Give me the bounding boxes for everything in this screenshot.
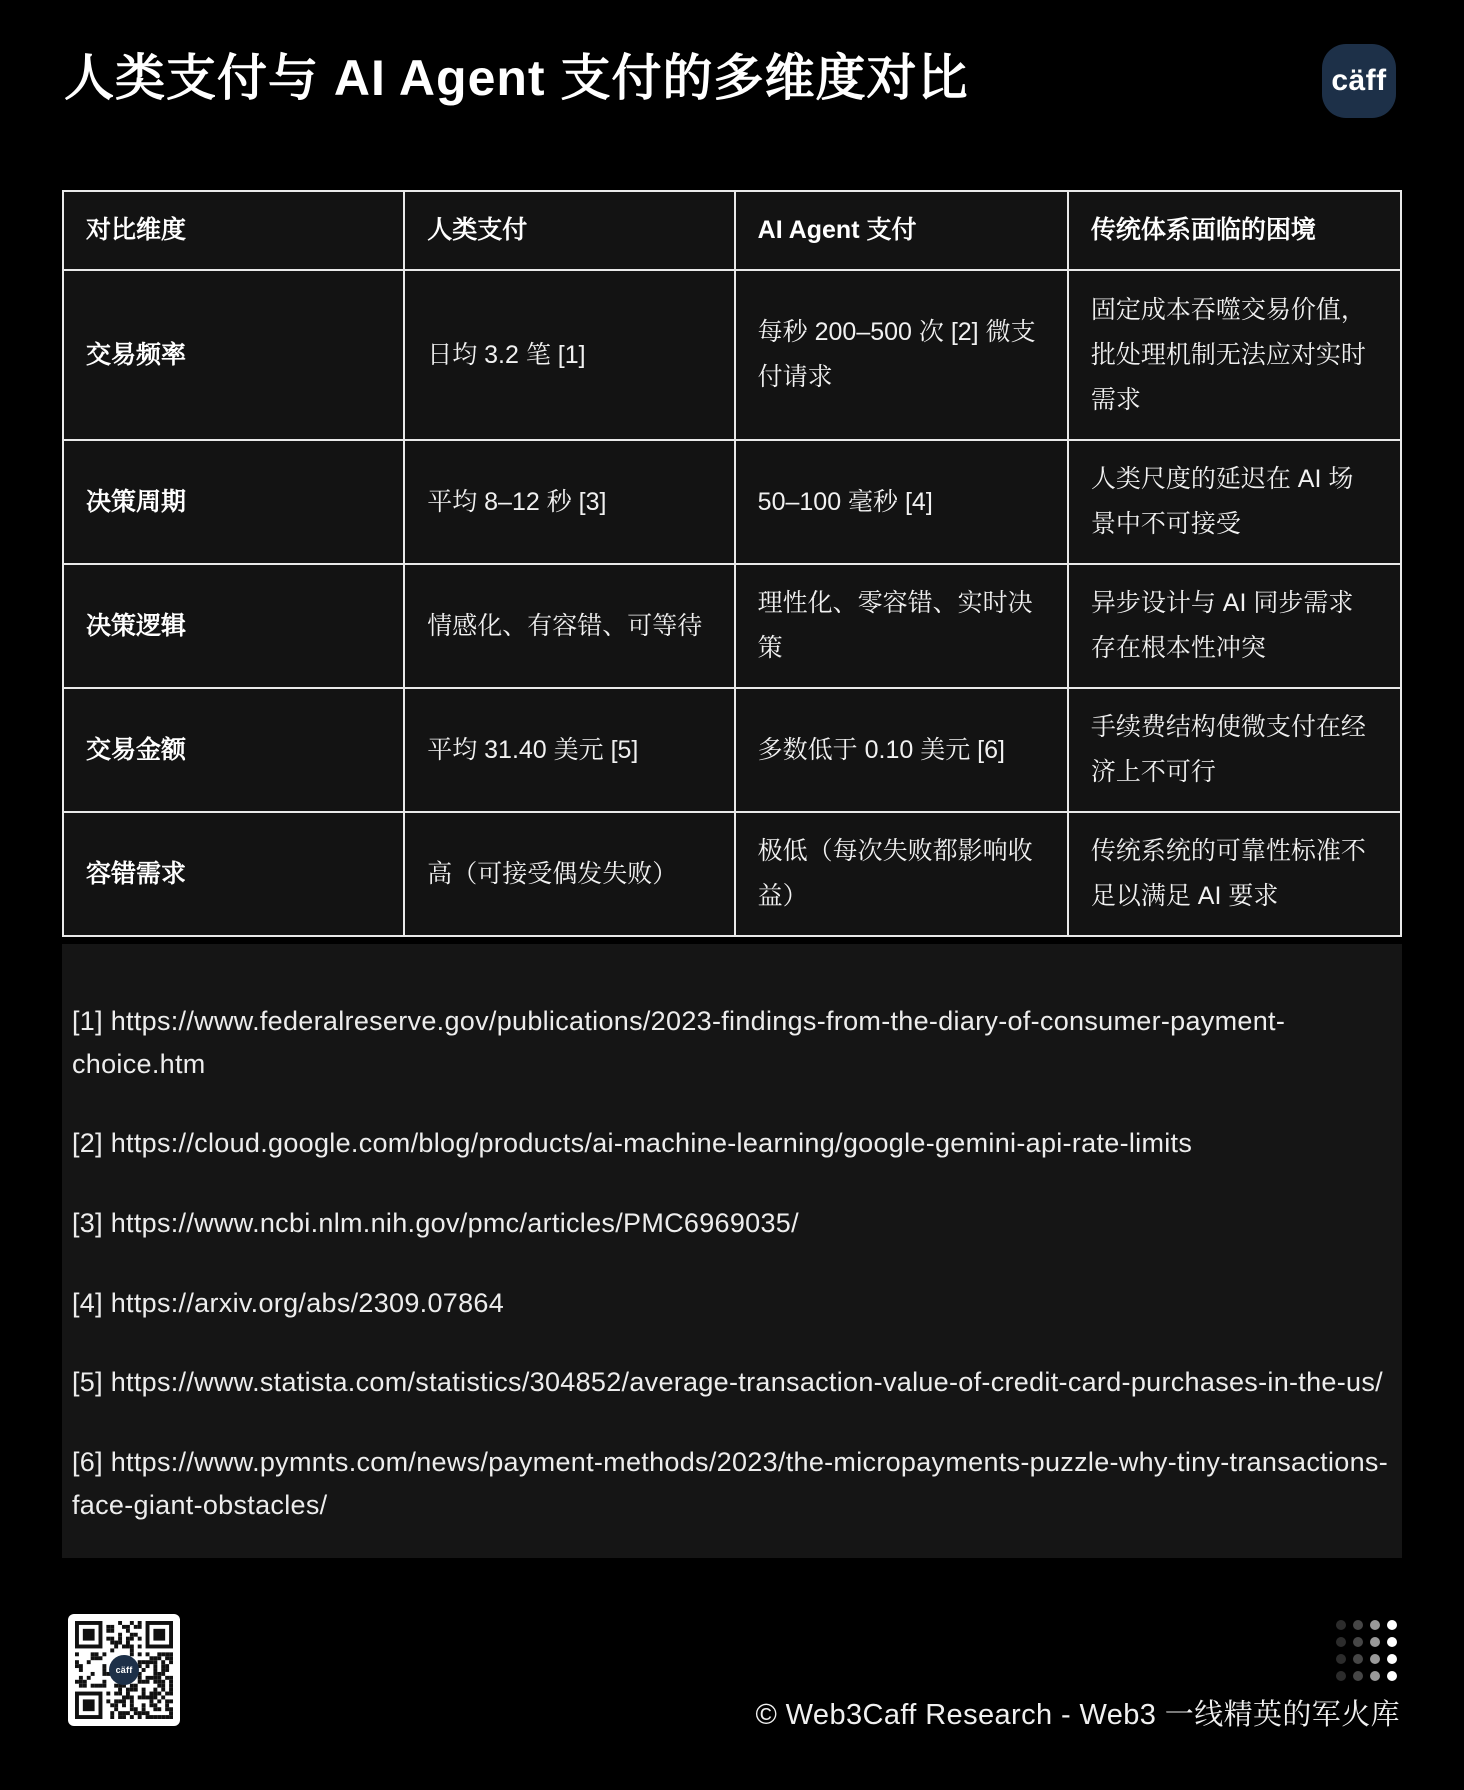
table-row: 交易频率 日均 3.2 笔 [1] 每秒 200–500 次 [2] 微支付请求…	[63, 270, 1401, 440]
cell-challenge: 传统系统的可靠性标准不足以满足 AI 要求	[1068, 812, 1401, 936]
infographic-page: 人类支付与 AI Agent 支付的多维度对比 cäff [1] https:/…	[0, 0, 1464, 1790]
row-label: 交易金额	[63, 688, 404, 812]
comparison-table: 对比维度 人类支付 AI Agent 支付 传统体系面临的困境 交易频率 日均 …	[62, 190, 1402, 937]
cell-challenge: 手续费结构使微支付在经济上不可行	[1068, 688, 1401, 812]
table-row: 决策逻辑 情感化、有容错、可等待 理性化、零容错、实时决策 异步设计与 AI 同…	[63, 564, 1401, 688]
reference-item: [4] https://arxiv.org/abs/2309.07864	[72, 1282, 1392, 1325]
cell-agent: 理性化、零容错、实时决策	[735, 564, 1068, 688]
row-label: 容错需求	[63, 812, 404, 936]
col-header-ai-agent: AI Agent 支付	[735, 191, 1068, 270]
dot	[1370, 1620, 1380, 1630]
dot	[1353, 1637, 1363, 1647]
page-title: 人类支付与 AI Agent 支付的多维度对比	[64, 38, 968, 110]
reference-item: [5] https://www.statista.com/statistics/…	[72, 1361, 1392, 1404]
dot	[1370, 1637, 1380, 1647]
dot	[1353, 1620, 1363, 1630]
row-label: 交易频率	[63, 270, 404, 440]
qr-code: cäff	[68, 1614, 180, 1726]
cell-human: 平均 31.40 美元 [5]	[404, 688, 734, 812]
references-panel: [1] https://www.federalreserve.gov/publi…	[62, 944, 1402, 1558]
row-label: 决策周期	[63, 440, 404, 564]
dot-grid-decoration	[1336, 1620, 1397, 1681]
cell-challenge: 异步设计与 AI 同步需求存在根本性冲突	[1068, 564, 1401, 688]
caff-logo: cäff	[1322, 44, 1396, 118]
reference-item: [1] https://www.federalreserve.gov/publi…	[72, 1000, 1392, 1085]
table-row: 决策周期 平均 8–12 秒 [3] 50–100 毫秒 [4] 人类尺度的延迟…	[63, 440, 1401, 564]
qr-center-logo: cäff	[109, 1655, 139, 1685]
dot	[1387, 1671, 1397, 1681]
table-header-row: 对比维度 人类支付 AI Agent 支付 传统体系面临的困境	[63, 191, 1401, 270]
dot	[1353, 1654, 1363, 1664]
cell-agent: 多数低于 0.10 美元 [6]	[735, 688, 1068, 812]
cell-human: 情感化、有容错、可等待	[404, 564, 734, 688]
table-row: 容错需求 高（可接受偶发失败） 极低（每次失败都影响收益） 传统系统的可靠性标准…	[63, 812, 1401, 936]
cell-human: 高（可接受偶发失败）	[404, 812, 734, 936]
dot	[1387, 1637, 1397, 1647]
dot	[1370, 1671, 1380, 1681]
dot	[1370, 1654, 1380, 1664]
dot	[1336, 1620, 1346, 1630]
dot	[1353, 1671, 1363, 1681]
col-header-dimension: 对比维度	[63, 191, 404, 270]
qr-center-logo-text: cäff	[116, 1665, 133, 1675]
cell-challenge: 固定成本吞噬交易价值，批处理机制无法应对实时需求	[1068, 270, 1401, 440]
dot	[1336, 1671, 1346, 1681]
cell-human: 平均 8–12 秒 [3]	[404, 440, 734, 564]
reference-item: [6] https://www.pymnts.com/news/payment-…	[72, 1441, 1392, 1526]
dot	[1387, 1654, 1397, 1664]
cell-challenge: 人类尺度的延迟在 AI 场景中不可接受	[1068, 440, 1401, 564]
col-header-human: 人类支付	[404, 191, 734, 270]
reference-item: [3] https://www.ncbi.nlm.nih.gov/pmc/art…	[72, 1202, 1392, 1245]
dot	[1336, 1637, 1346, 1647]
dot	[1387, 1620, 1397, 1630]
row-label: 决策逻辑	[63, 564, 404, 688]
dot	[1336, 1654, 1346, 1664]
table-row: 交易金额 平均 31.40 美元 [5] 多数低于 0.10 美元 [6] 手续…	[63, 688, 1401, 812]
cell-human: 日均 3.2 笔 [1]	[404, 270, 734, 440]
cell-agent: 极低（每次失败都影响收益）	[735, 812, 1068, 936]
caff-logo-text: cäff	[1331, 64, 1386, 98]
cell-agent: 每秒 200–500 次 [2] 微支付请求	[735, 270, 1068, 440]
reference-item: [2] https://cloud.google.com/blog/produc…	[72, 1122, 1392, 1165]
copyright-text: © Web3Caff Research - Web3 一线精英的军火库	[755, 1692, 1400, 1733]
col-header-challenge: 传统体系面临的困境	[1068, 191, 1401, 270]
cell-agent: 50–100 毫秒 [4]	[735, 440, 1068, 564]
